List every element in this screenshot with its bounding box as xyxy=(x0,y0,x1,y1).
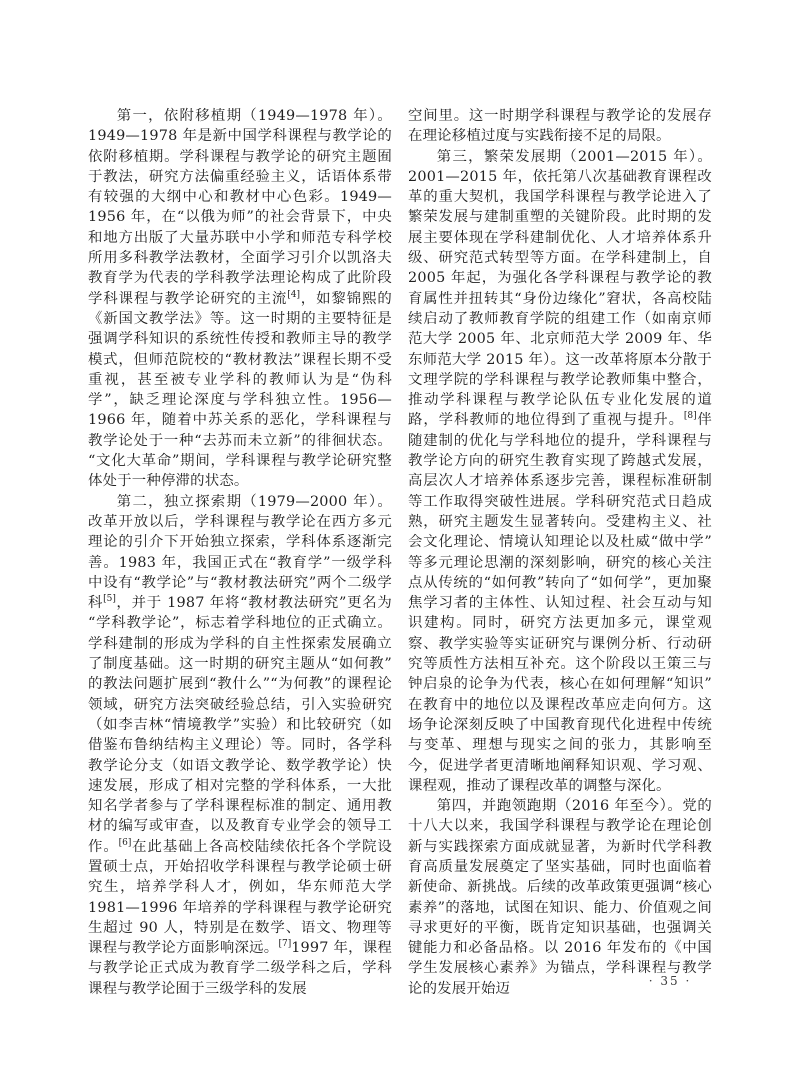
footnote-ref: [8] xyxy=(684,412,697,422)
text-column-left: 第一，依附移植期（1949—1978 年）。1949—1978 年是新中国学科课… xyxy=(88,106,392,999)
footnote-ref: [4] xyxy=(287,290,300,300)
page-number: · 35 · xyxy=(620,974,720,988)
paragraph: 第一，依附移植期（1949—1978 年）。1949—1978 年是新中国学科课… xyxy=(88,106,392,492)
paragraph: 第二，独立探索期（1979—2000 年）。改革开放以后，学科课程与教学论在西方… xyxy=(88,492,392,999)
article-body: 第一，依附移植期（1949—1978 年）。1949—1978 年是新中国学科课… xyxy=(88,106,712,999)
paper-page: 第一，依附移植期（1949—1978 年）。1949—1978 年是新中国学科课… xyxy=(0,0,800,1077)
footnote-ref: [7] xyxy=(278,939,291,949)
paragraph: 第三，繁荣发展期（2001—2015 年）。2001—2015 年，依托第八次基… xyxy=(408,147,712,797)
paragraph-continuation: 空间里。这一时期学科课程与教学论的发展存在理论移植过度与实践衔接不足的局限。 xyxy=(408,106,712,147)
footnote-ref: [5] xyxy=(103,594,116,604)
paragraph: 第四，并跑领跑期（2016 年至今）。党的十八大以来，我国学科课程与教学论在理论… xyxy=(408,796,712,999)
text-column-right: 空间里。这一时期学科课程与教学论的发展存在理论移植过度与实践衔接不足的局限。第三… xyxy=(408,106,712,999)
footnote-ref: [6] xyxy=(119,838,132,848)
